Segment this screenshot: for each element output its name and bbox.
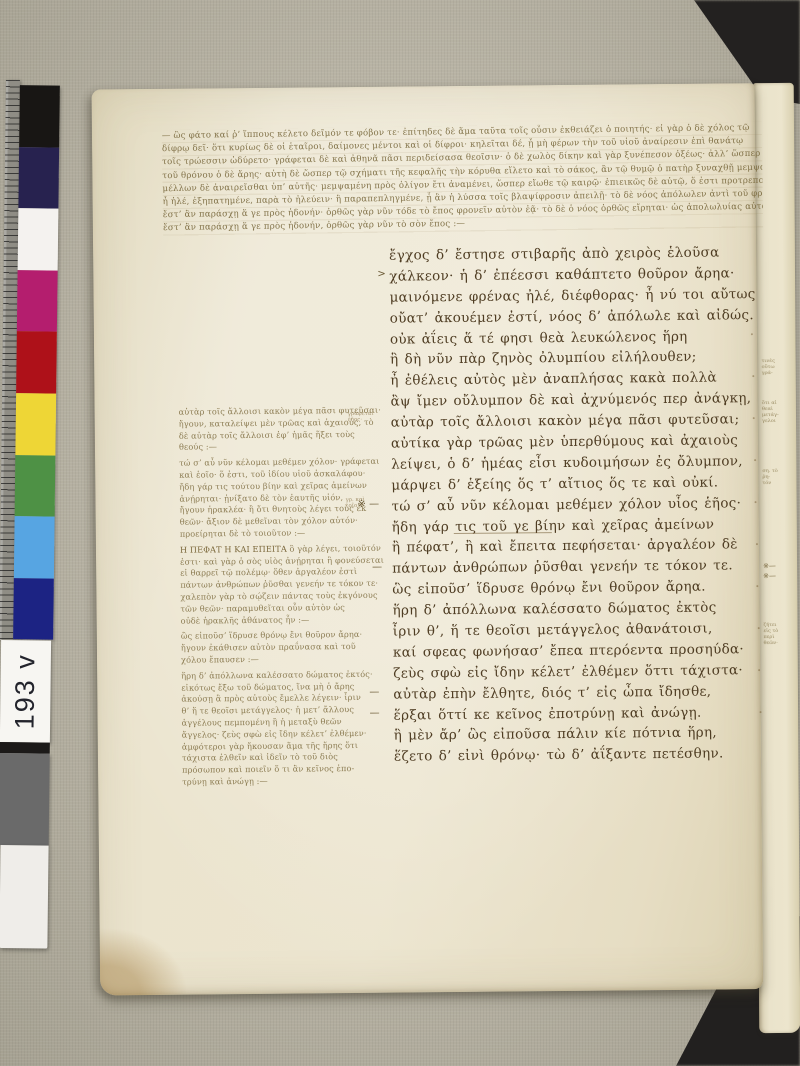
verse-line: αὐτὰρ ἐπὴν ἔλθητε, διός τ’ εἰς ὦπα ἴδησθ…	[393, 681, 765, 705]
pricking-hole	[758, 627, 760, 629]
scholion-line: ἄγγελος· ζεὺς σφὼ εἰς ἴδην κέλετ’ ἐλθέμε…	[182, 727, 398, 741]
diple-sign: >	[377, 270, 385, 280]
scholion-line: ἤδη γάρ τις τούτου βίην καὶ χεῖρας ἀμείν…	[179, 479, 395, 493]
scholion-block: Η ΠΕΦΑΤ Η ΚΑΙ ΕΠΕΙΤΑ ὃ γὰρ λέγει, τοιοῦτ…	[180, 542, 397, 627]
gutter-gloss: γράφεται ἑῆος·	[348, 411, 392, 424]
verse-line: οὔατ’ ἀκουέμεν ἐστί, νόος δ’ ἀπόλωλε καὶ…	[390, 305, 762, 329]
scholion-line: χαλεπὸν γὰρ τὸ σῴζειν πάντας τοὺς ἐκγόνο…	[180, 590, 396, 604]
asterisk-dash-sign: ※ —	[357, 500, 379, 510]
scholion-line: ἥρη δ’ ἀπόλλωνα καλέσσατο δώματος ἐκτός·	[181, 668, 397, 682]
verse-line: ἕζετο δ’ εἰνὶ θρόνῳ· τὼ δ’ ἀΐξαντε πετέσ…	[394, 743, 766, 767]
verse-line: τώ σ’ αὖ νῦν κέλομαι μεθέμεν χόλον υἷος …	[391, 493, 763, 517]
marginalia-fragment: τινὲς οὕτω γρά-	[762, 359, 794, 377]
grayscale-white-patch	[0, 845, 49, 949]
pricking-hole	[756, 585, 758, 587]
color-patch-magenta	[17, 270, 58, 332]
marginalia-fragment: ζήτει εἰς τὸ περὶ θεῶν·	[763, 623, 795, 647]
color-patch-yellow	[15, 393, 56, 455]
pricking-hole	[752, 375, 754, 377]
asterisk-obelus-signs: ※— ※—	[763, 561, 795, 581]
pricking-hole	[753, 417, 755, 419]
verse-line: πάντων ἀνθρώπων ῥῦσθαι γενεήν τε τόκον τ…	[392, 555, 764, 579]
color-patch-blue	[13, 578, 54, 640]
scholion-line: θεούς :—	[179, 440, 395, 454]
scholion-line: ὃ γὰρ λέγει, τοιοῦτόν	[287, 543, 381, 554]
scholion-line: οὐδὲ ἡρακλῆς ἀθάνατος ἦν :—	[181, 613, 397, 627]
pricking-hole	[756, 543, 758, 545]
grayscale-black-band	[0, 742, 50, 754]
main-text-column: ἔγχος δ’ ἔστησε στιβαρῆς ἀπὸ χειρὸς ἑλοῦ…	[389, 242, 766, 768]
pricking-hole	[758, 669, 760, 671]
color-patch-red	[16, 332, 57, 394]
grayscale-gray-patch	[0, 753, 50, 846]
scholion-line: προείρηται δὲ τὸ τοιοῦτον :—	[180, 527, 396, 541]
pricking-hole	[754, 459, 756, 461]
color-patch-white	[18, 208, 59, 270]
color-patch-light-blue	[14, 516, 55, 578]
marginalia-fragment: ὅτι αἱ θεαὶ μετάγ- γελοι	[762, 401, 794, 425]
top-scholia-block: — ὣς φάτο καί ῥ’ ἵππους κέλετο δεῖμόν τε…	[162, 122, 763, 236]
folio-number-label: 193 v	[10, 653, 42, 729]
dash-sign: —	[369, 709, 379, 719]
color-patches	[13, 85, 60, 640]
scholion-line: χόλου ἔπαυσεν :—	[181, 653, 397, 667]
marginalia-fragment: ση. τὸ ῥη- τόν	[762, 469, 794, 487]
folio-label-strip: 193 v	[0, 640, 51, 743]
color-scale-card: 193 v	[0, 76, 60, 957]
color-patch-black	[19, 85, 60, 147]
manuscript-page: — ὣς φάτο καί ῥ’ ἵππους κέλετο δεῖμόν τε…	[92, 83, 764, 995]
left-scholia-column: αὐτὰρ τοῖς ἄλλοισι κακὸν μέγα πᾶσι φυτεῦ…	[179, 405, 399, 793]
dash-sign: —	[369, 688, 379, 698]
pricking-hole	[751, 333, 753, 335]
scholion-line: τρύνῃ καὶ ἀνώγῃ :—	[182, 775, 398, 789]
pricking-hole	[760, 711, 762, 713]
scholion-block: ἥρη δ’ ἀπόλλωνα καλέσσατο δώματος ἐκτός·…	[181, 668, 398, 788]
photograph-background: τινὲς οὕτω γρά- ὅτι αἱ θεαὶ μετάγ- γελοι…	[0, 0, 800, 1066]
pricking-hole	[755, 501, 757, 503]
color-patch-dark-violet	[18, 147, 59, 209]
dash-sign: —	[372, 563, 382, 573]
color-patch-green	[15, 455, 56, 517]
scholion-lemma: Η ΠΕΦΑΤ Η ΚΑΙ ΕΠΕΙΤΑ	[180, 543, 287, 554]
scholion-block: ὣς εἰποῦσ’ ἵδρυσε θρόνῳ ἔνι θοῦρον ἄρηα·…	[181, 629, 397, 666]
